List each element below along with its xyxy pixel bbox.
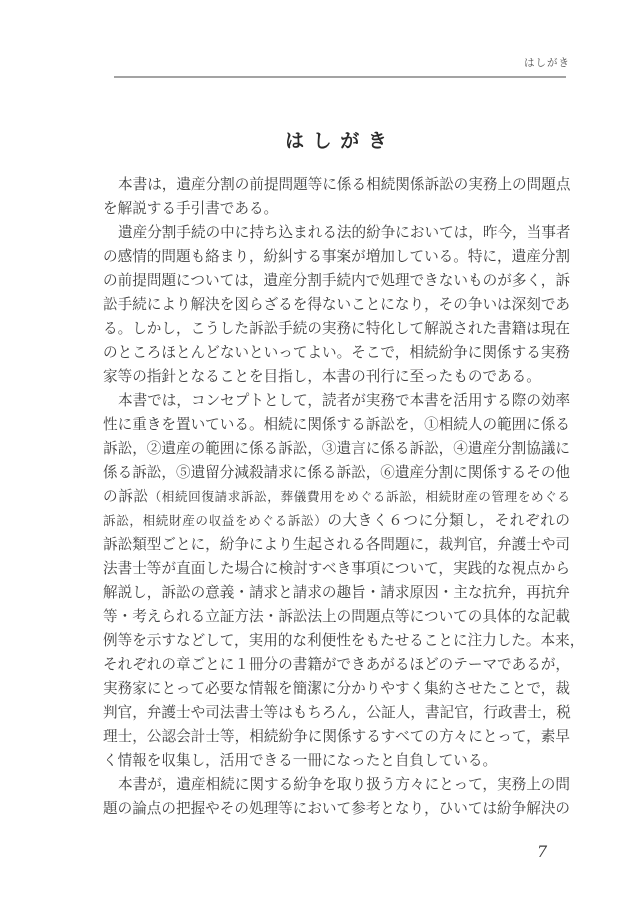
text-segment: 法書士等が直面した場合に検討すべき事項について，実践的な視点から [103,560,570,577]
text-line: の訴訟（相続回復請求訴訟，葬儀費用をめぐる訴訟，相続財産の管理をめぐる [103,485,570,509]
text-segment: （相続回復請求訴訟，葬儀費用をめぐる訴訟，相続財産の管理をめぐる [149,489,570,504]
text-line: 例等を示すなどして，実用的な利便性をもたせることに注力した。本来， [103,629,570,653]
text-segment: のところほとんどないといってよい。そこで，相続紛争に関係する実務 [103,344,570,361]
book-page: はしがき は し が き 本書は，遺産分割の前提問題等に係る相続関係訴訟の実務上… [0,0,642,900]
text-segment: 判官，弁護士や司法書士等はもちろん，公証人，書記官，行政書士，税 [103,704,571,721]
text-segment: 本書が，遺産相続に関する紛争を取り扱う方々にとって，実務上の問 [118,776,570,793]
text-line: を解説する手引書である。 [103,197,570,221]
text-line: 判官，弁護士や司法書士等はもちろん，公証人，書記官，行政書士，税 [103,701,570,725]
text-segment: 本書では，コンセプトとして，読者が実務で本書を活用する際の効率 [118,392,570,409]
text-segment: 実務家にとって必要な情報を簡潔に分かりやすく集約させたことで，裁 [103,680,570,697]
text-line: 本書では，コンセプトとして，読者が実務で本書を活用する際の効率 [103,389,570,413]
text-segment: 性に重きを置いている。相続に関係する訴訟を，①相続人の範囲に係る [103,416,570,433]
text-line: 法書士等が直面した場合に検討すべき事項について，実践的な視点から [103,557,570,581]
text-segment: 本書は，遺産分割の前提問題等に係る相続関係訴訟の実務上の問題点 [118,176,570,193]
text-segment: 訴訟，②遺産の範囲に係る訴訟，③遺言に係る訴訟，④遺産分割協議に [103,440,570,457]
text-segment: 遺産分割手続の中に持ち込まれる法的紛争においては，昨今，当事者 [118,224,570,241]
text-line: 訴訟，②遺産の範囲に係る訴訟，③遺言に係る訴訟，④遺産分割協議に [103,437,570,461]
text-segment: 係る訴訟，⑤遺留分減殺請求に係る訴訟，⑥遺産分割に関係するその他 [103,464,570,481]
text-line: 係る訴訟，⑤遺留分減殺請求に係る訴訟，⑥遺産分割に関係するその他 [103,461,570,485]
running-header: はしがき [524,55,570,70]
text-line: 等・考えられる立証方法・訴訟法上の問題点等についての具体的な記載 [103,605,570,629]
text-segment: 等・考えられる立証方法・訴訟法上の問題点等についての具体的な記載 [103,608,570,625]
text-line: く情報を収集し，活用できる一冊になったと自負している。 [103,749,570,773]
text-segment: 訴訟類型ごとに，紛争により生起される各問題に，裁判官，弁護士や司 [103,536,570,553]
text-line: 訴訟類型ごとに，紛争により生起される各問題に，裁判官，弁護士や司 [103,533,570,557]
text-line: 題の論点の把握やその処理等において参考となり，ひいては紛争解決の [103,797,570,821]
text-segment: く情報を収集し，活用できる一冊になったと自負している。 [103,752,497,769]
text-line: 家等の指針となることを目指し，本書の刊行に至ったものである。 [103,365,570,389]
text-line: それぞれの章ごとに１冊分の書籍ができあがるほどのテーマであるが， [103,653,570,677]
text-segment: の前提問題については，遺産分割手続内で処理できないものが多く，訴 [103,272,570,289]
body-text: 本書は，遺産分割の前提問題等に係る相続関係訴訟の実務上の問題点を解説する手引書で… [103,173,570,821]
text-line: のところほとんどないといってよい。そこで，相続紛争に関係する実務 [103,341,570,365]
text-segment: の大きく６つに分類し，それぞれの [327,512,570,529]
text-line: 実務家にとって必要な情報を簡潔に分かりやすく集約させたことで，裁 [103,677,570,701]
text-line: 本書が，遺産相続に関する紛争を取り扱う方々にとって，実務上の問 [103,773,570,797]
text-segment: 訴訟，相続財産の収益をめぐる訴訟） [103,513,327,528]
text-segment: 例等を示すなどして，実用的な利便性をもたせることに注力した。本来， [103,632,584,649]
page-number: 7 [537,842,547,861]
text-segment: の感情的問題も絡まり，紛糾する事案が増加している。特に，遺産分割 [103,248,570,265]
text-line: 遺産分割手続の中に持ち込まれる法的紛争においては，昨今，当事者 [103,221,570,245]
text-segment: る。しかし，こうした訴訟手続の実務に特化して解説された書籍は現在 [103,320,570,337]
text-segment: 訟手続により解決を図らざるを得ないことになり，その争いは深刻であ [103,296,570,313]
text-segment: を解説する手引書である。 [103,200,278,217]
text-line: 解説し，訴訟の意義・請求と請求の趣旨・請求原因・主な抗弁，再抗弁 [103,581,570,605]
text-segment: それぞれの章ごとに１冊分の書籍ができあがるほどのテーマであるが， [103,656,570,673]
text-line: 訟手続により解決を図らざるを得ないことになり，その争いは深刻であ [103,293,570,317]
text-line: 性に重きを置いている。相続に関係する訴訟を，①相続人の範囲に係る [103,413,570,437]
page-title: は し が き [103,126,570,153]
text-segment: 題の論点の把握やその処理等において参考となり，ひいては紛争解決の [103,800,570,817]
text-line: の感情的問題も絡まり，紛糾する事案が増加している。特に，遺産分割 [103,245,570,269]
text-line: 本書は，遺産分割の前提問題等に係る相続関係訴訟の実務上の問題点 [103,173,570,197]
header-rule [114,76,566,78]
text-line: る。しかし，こうした訴訟手続の実務に特化して解説された書籍は現在 [103,317,570,341]
text-line: の前提問題については，遺産分割手続内で処理できないものが多く，訴 [103,269,570,293]
text-line: 理士，公認会計士等，相続紛争に関係するすべての方々にとって，素早 [103,725,570,749]
text-line: 訴訟，相続財産の収益をめぐる訴訟）の大きく６つに分類し，それぞれの [103,509,570,533]
text-segment: 家等の指針となることを目指し，本書の刊行に至ったものである。 [103,368,541,385]
text-segment: 解説し，訴訟の意義・請求と請求の趣旨・請求原因・主な抗弁，再抗弁 [103,584,570,601]
text-segment: の訴訟 [103,488,149,505]
text-segment: 理士，公認会計士等，相続紛争に関係するすべての方々にとって，素早 [103,728,570,745]
